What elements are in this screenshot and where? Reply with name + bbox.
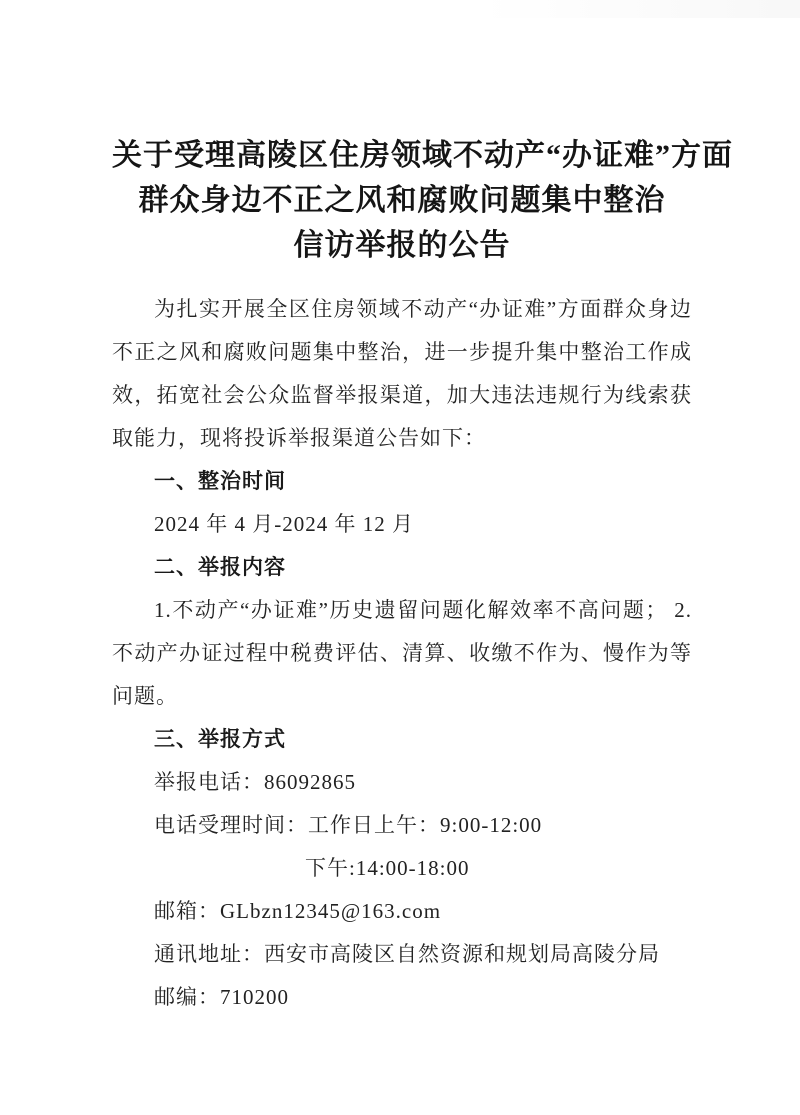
section-2-body: 1.不动产“办证难”历史遗留问题化解效率不高问题； 2.不动产办证过程中税费评估… <box>112 589 692 718</box>
phone-hours-pm-line: 下午:14:00-18:00 <box>112 847 692 890</box>
title-line-3: 信访举报的公告 <box>112 223 692 268</box>
section-1-period-line: 2024 年 4 月-2024 年 12 月 <box>112 503 692 546</box>
email-line: 邮箱：GLbzn12345@163.com <box>112 890 692 933</box>
section-2-heading: 二、举报内容 <box>112 546 692 589</box>
title-line-2: 群众身边不正之风和腐败问题集中整治 <box>112 178 692 223</box>
section-3-heading: 三、举报方式 <box>112 718 692 761</box>
document-page: 关于受理高陵区住房领域不动产“办证难”方面 群众身边不正之风和腐败问题集中整治 … <box>0 0 800 1115</box>
report-phone-line: 举报电话：86092865 <box>112 761 692 804</box>
title-line-1: 关于受理高陵区住房领域不动产“办证难”方面 <box>112 133 692 178</box>
document-title: 关于受理高陵区住房领域不动产“办证难”方面 群众身边不正之风和腐败问题集中整治 … <box>112 133 692 268</box>
scan-artifact <box>0 0 800 18</box>
postal-code-line: 邮编：710200 <box>112 976 692 1019</box>
mailing-address-line: 通讯地址：西安市高陵区自然资源和规划局高陵分局 <box>112 933 692 976</box>
intro-paragraph: 为扎实开展全区住房领域不动产“办证难”方面群众身边不正之风和腐败问题集中整治，进… <box>112 288 692 460</box>
phone-hours-am-line: 电话受理时间：工作日上午：9:00-12:00 <box>112 804 692 847</box>
section-1-heading: 一、整治时间 <box>112 460 692 503</box>
